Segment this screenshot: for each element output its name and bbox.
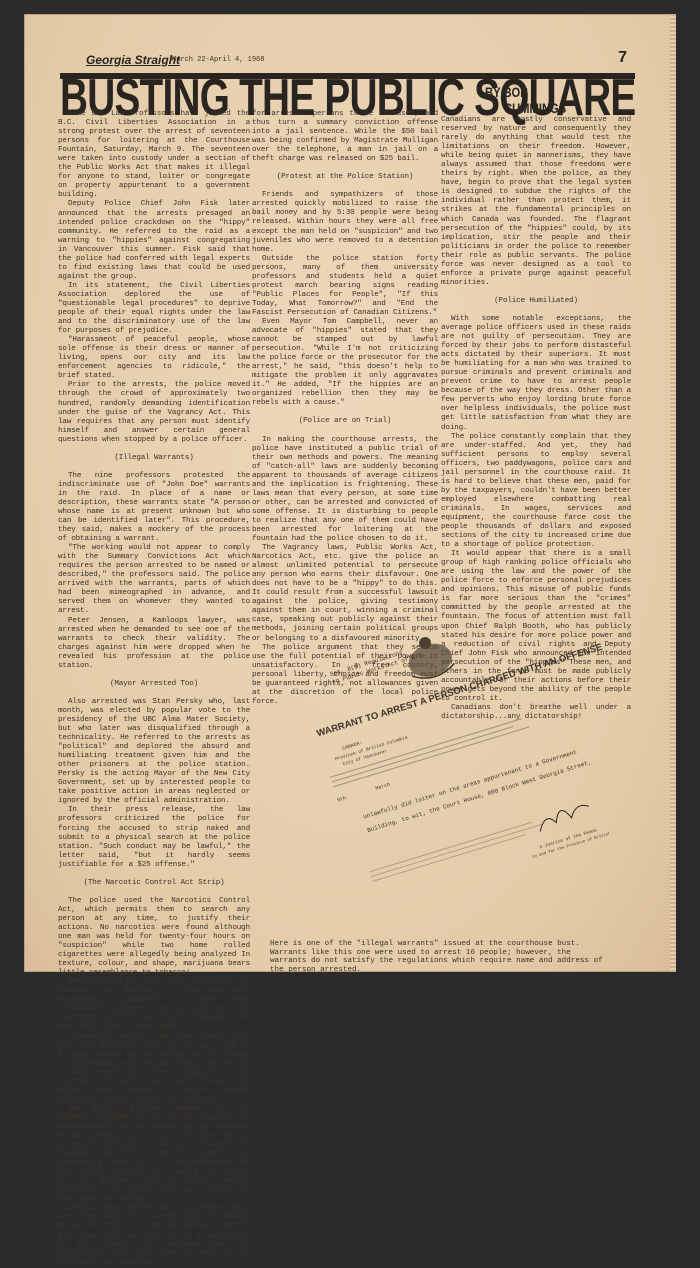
article-paragraph: Deputy Police Chief John Fisk later anno… <box>58 200 250 281</box>
article-paragraph: The nine professors protested the indisc… <box>58 472 250 544</box>
newspaper-page: Georgia Straight March 22-April 4, 1968 … <box>24 14 676 972</box>
article-paragraph: With some notable exceptions, the averag… <box>441 315 631 433</box>
byline-by: BY BOB <box>485 84 528 100</box>
warrant-document-image: Sec. 8(a) Regulations to Public Works Ac… <box>309 604 609 904</box>
issue-date: March 22-April 4, 1968 <box>172 56 264 64</box>
warrant-signature-sub: in and for the Province of British Colum… <box>532 825 609 860</box>
article-paragraph: In its statement, the Civil Liberties As… <box>58 282 250 336</box>
section-subheading: (Mayor Arrested Too) <box>58 680 250 689</box>
article-paragraph: for arrested persons to be released, and… <box>252 110 438 164</box>
warrant-body-line-2: Building, to wit, the Court House, 800 B… <box>366 759 592 834</box>
section-subheading: (Police are on Trial) <box>252 417 438 426</box>
article-paragraph: In making the courthouse arrests, the po… <box>252 436 438 545</box>
page-number: 7 <box>618 49 627 67</box>
paper-name: Georgia Straight <box>86 53 180 67</box>
article-paragraph: Even Mayor Tom Campbell, never an advoca… <box>252 318 438 408</box>
signature-icon <box>536 802 592 831</box>
article-paragraph: Peter Jensen, a Kamloops lawyer, was arr… <box>58 617 250 671</box>
warrant-day: 9th <box>336 795 346 803</box>
warrant-body-line-1: unlawfully did loiter on the areas appur… <box>362 749 578 821</box>
article-paragraph: Nine UBC Law Professors have joined the … <box>58 110 250 200</box>
warrant-title: WARRANT TO ARREST A PERSON CHARGED WITH … <box>315 642 603 740</box>
article-paragraph: Friends and sympathizers of those arrest… <box>252 191 438 254</box>
article-paragraph: Also arrested was Stan Persky who, last … <box>58 698 250 807</box>
photo-caption: Here is one of the "illegal warrants" is… <box>270 940 610 974</box>
section-subheading: (Police Humiliated) <box>441 297 631 306</box>
warrant-month: March <box>375 782 391 792</box>
section-subheading: (Illegal Warrants) <box>58 454 250 463</box>
article-paragraph: Outside the police station forty persons… <box>252 255 438 318</box>
article-paragraph: The police constantly complain that they… <box>441 433 631 551</box>
section-subheading: (The Narcotic Control Act Strip) <box>58 879 250 888</box>
article-paragraph: Canadians are mostly conservative and re… <box>441 116 631 288</box>
article-paragraph: When ordered to strip, Ray Chouinard, th… <box>58 978 250 987</box>
article-paragraph: Prior to the arrests, the police moved t… <box>58 381 250 444</box>
article-paragraph: "The working would not appear to comply … <box>58 544 250 616</box>
section-subheading: (Protest at the Police Station) <box>252 173 438 182</box>
byline-name: CUMMINGS <box>504 100 566 116</box>
article-paragraph: "Harassment of peaceful people, whose so… <box>58 336 250 381</box>
article-column-1: Nine UBC Law Professors have joined the … <box>58 110 250 987</box>
article-paragraph: The police used the Narcotics Control Ac… <box>58 897 250 978</box>
article-paragraph: In their press release, the law professo… <box>58 806 250 869</box>
